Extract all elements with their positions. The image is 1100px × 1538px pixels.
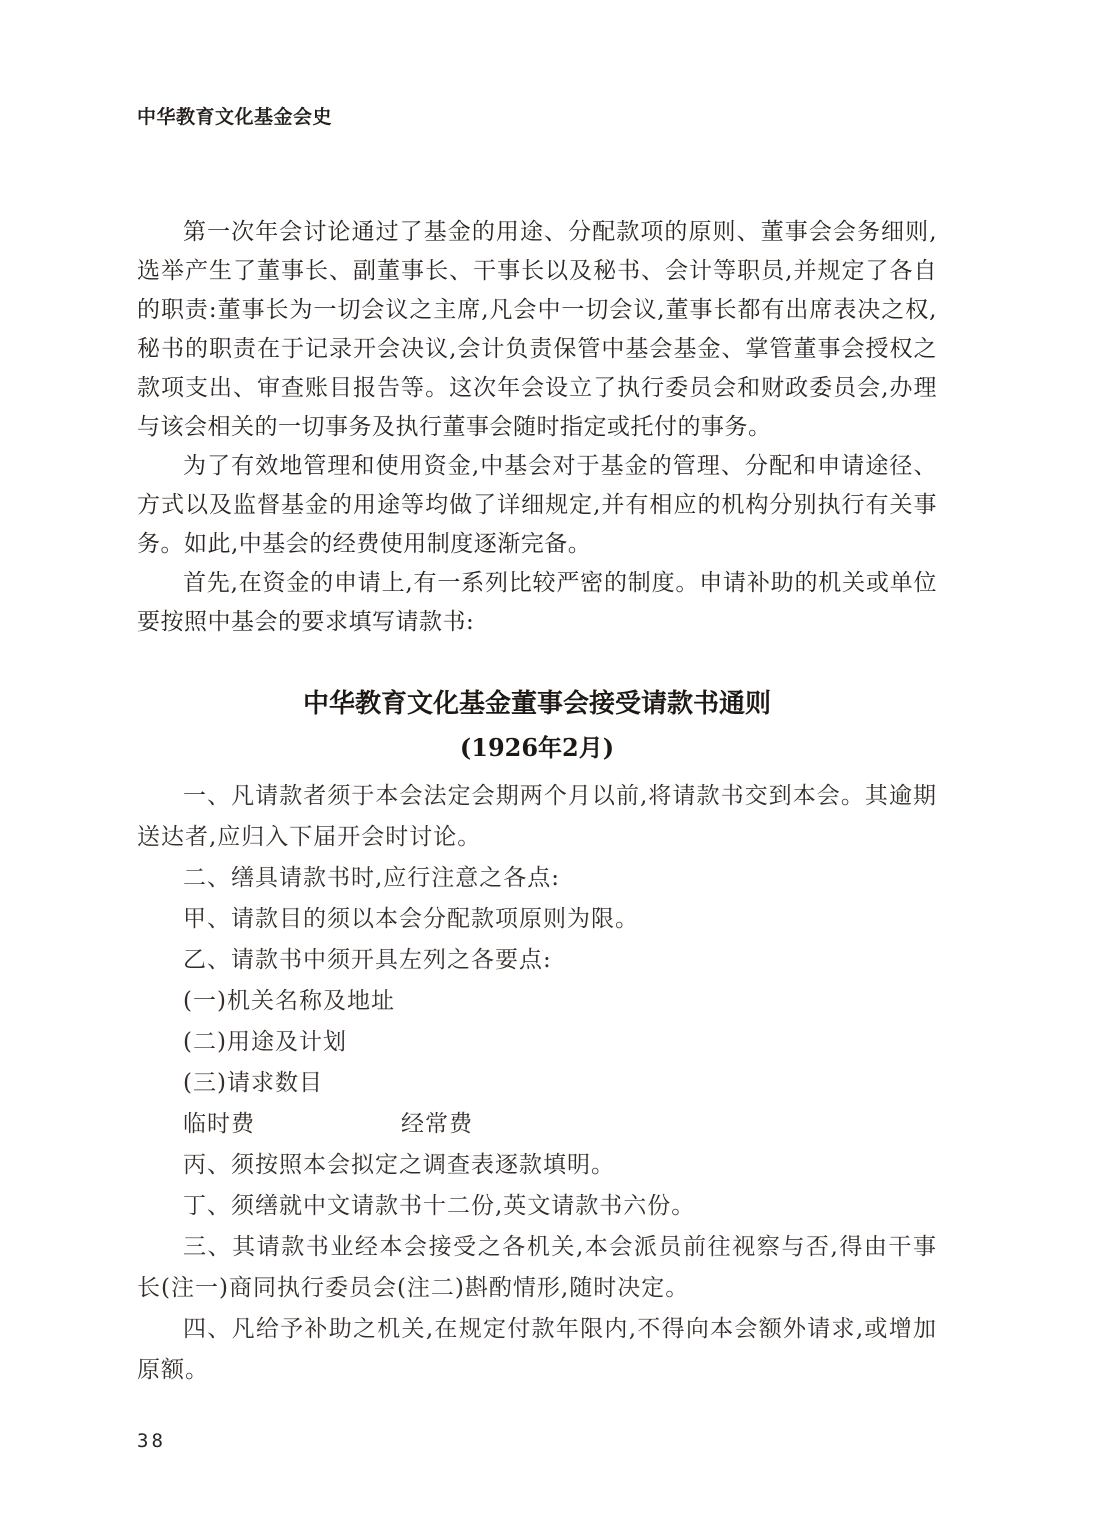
document-item-text: 丁、须缮就中文请款书十二份,英文请款书六份。 — [183, 1193, 695, 1219]
document-item-text: (二)用途及计划 — [183, 1029, 347, 1055]
document-item-text: 丙、须按照本会拟定之调查表逐款填明。 — [183, 1152, 615, 1178]
document-item-text: 一、凡请款者须于本会法定会期两个月以前,将请款书交到本会。其逾期送达者,应归入下… — [137, 783, 937, 850]
book-page: 中华教育文化基金会史 第一次年会讨论通过了基金的用途、分配款项的原则、董事会会务… — [0, 0, 1100, 1538]
document-item-text: 四、凡给予补助之机关,在规定付款年限内,不得向本会额外请求,或增加原额。 — [137, 1316, 937, 1383]
body-paragraph: 为了有效地管理和使用资金,中基会对于基金的管理、分配和申请途径、方式以及监督基金… — [137, 447, 937, 564]
document-item-text: 临时费 — [183, 1111, 255, 1137]
document-item: (二)用途及计划 — [137, 1022, 937, 1063]
page-number: 38 — [137, 1430, 166, 1452]
document-item: 临时费经常费 — [137, 1104, 937, 1145]
document-item: (一)机关名称及地址 — [137, 981, 937, 1022]
running-header-book-title: 中华教育文化基金会史 — [137, 102, 332, 129]
document-item: 一、凡请款者须于本会法定会期两个月以前,将请款书交到本会。其逾期送达者,应归入下… — [137, 776, 937, 858]
document-item: 二、缮具请款书时,应行注意之各点: — [137, 858, 937, 899]
document-item-text: 二、缮具请款书时,应行注意之各点: — [183, 865, 560, 891]
document-item: 甲、请款目的须以本会分配款项原则为限。 — [137, 899, 937, 940]
document-item-text: 甲、请款目的须以本会分配款项原则为限。 — [183, 906, 639, 932]
body-paragraph: 首先,在资金的申请上,有一系列比较严密的制度。申请补助的机关或单位要按照中基会的… — [137, 564, 937, 642]
document-item: 丙、须按照本会拟定之调查表逐款填明。 — [137, 1145, 937, 1186]
document-item-text: (三)请求数目 — [183, 1070, 323, 1096]
page-content: 第一次年会讨论通过了基金的用途、分配款项的原则、董事会会务细则,选举产生了董事长… — [137, 213, 937, 1391]
document-items: 一、凡请款者须于本会法定会期两个月以前,将请款书交到本会。其逾期送达者,应归入下… — [137, 776, 937, 1391]
body-paragraph: 第一次年会讨论通过了基金的用途、分配款项的原则、董事会会务细则,选举产生了董事长… — [137, 213, 937, 447]
document-item: (三)请求数目 — [137, 1063, 937, 1104]
document-item-text: (一)机关名称及地址 — [183, 988, 395, 1014]
document-item: 四、凡给予补助之机关,在规定付款年限内,不得向本会额外请求,或增加原额。 — [137, 1309, 937, 1391]
document-item: 乙、请款书中须开具左列之各要点: — [137, 940, 937, 981]
document-item-second-column: 经常费 — [401, 1111, 473, 1137]
document-item: 丁、须缮就中文请款书十二份,英文请款书六份。 — [137, 1186, 937, 1227]
document-item-text: 乙、请款书中须开具左列之各要点: — [183, 947, 552, 973]
document-title: 中华教育文化基金董事会接受请款书通则 — [137, 683, 937, 726]
document-item: 三、其请款书业经本会接受之各机关,本会派员前往视察与否,得由干事长(注一)商同执… — [137, 1227, 937, 1309]
document-item-text: 三、其请款书业经本会接受之各机关,本会派员前往视察与否,得由干事长(注一)商同执… — [137, 1234, 937, 1301]
body-paragraphs: 第一次年会讨论通过了基金的用途、分配款项的原则、董事会会务细则,选举产生了董事长… — [137, 213, 937, 642]
document-date: (1926年2月) — [137, 726, 937, 769]
